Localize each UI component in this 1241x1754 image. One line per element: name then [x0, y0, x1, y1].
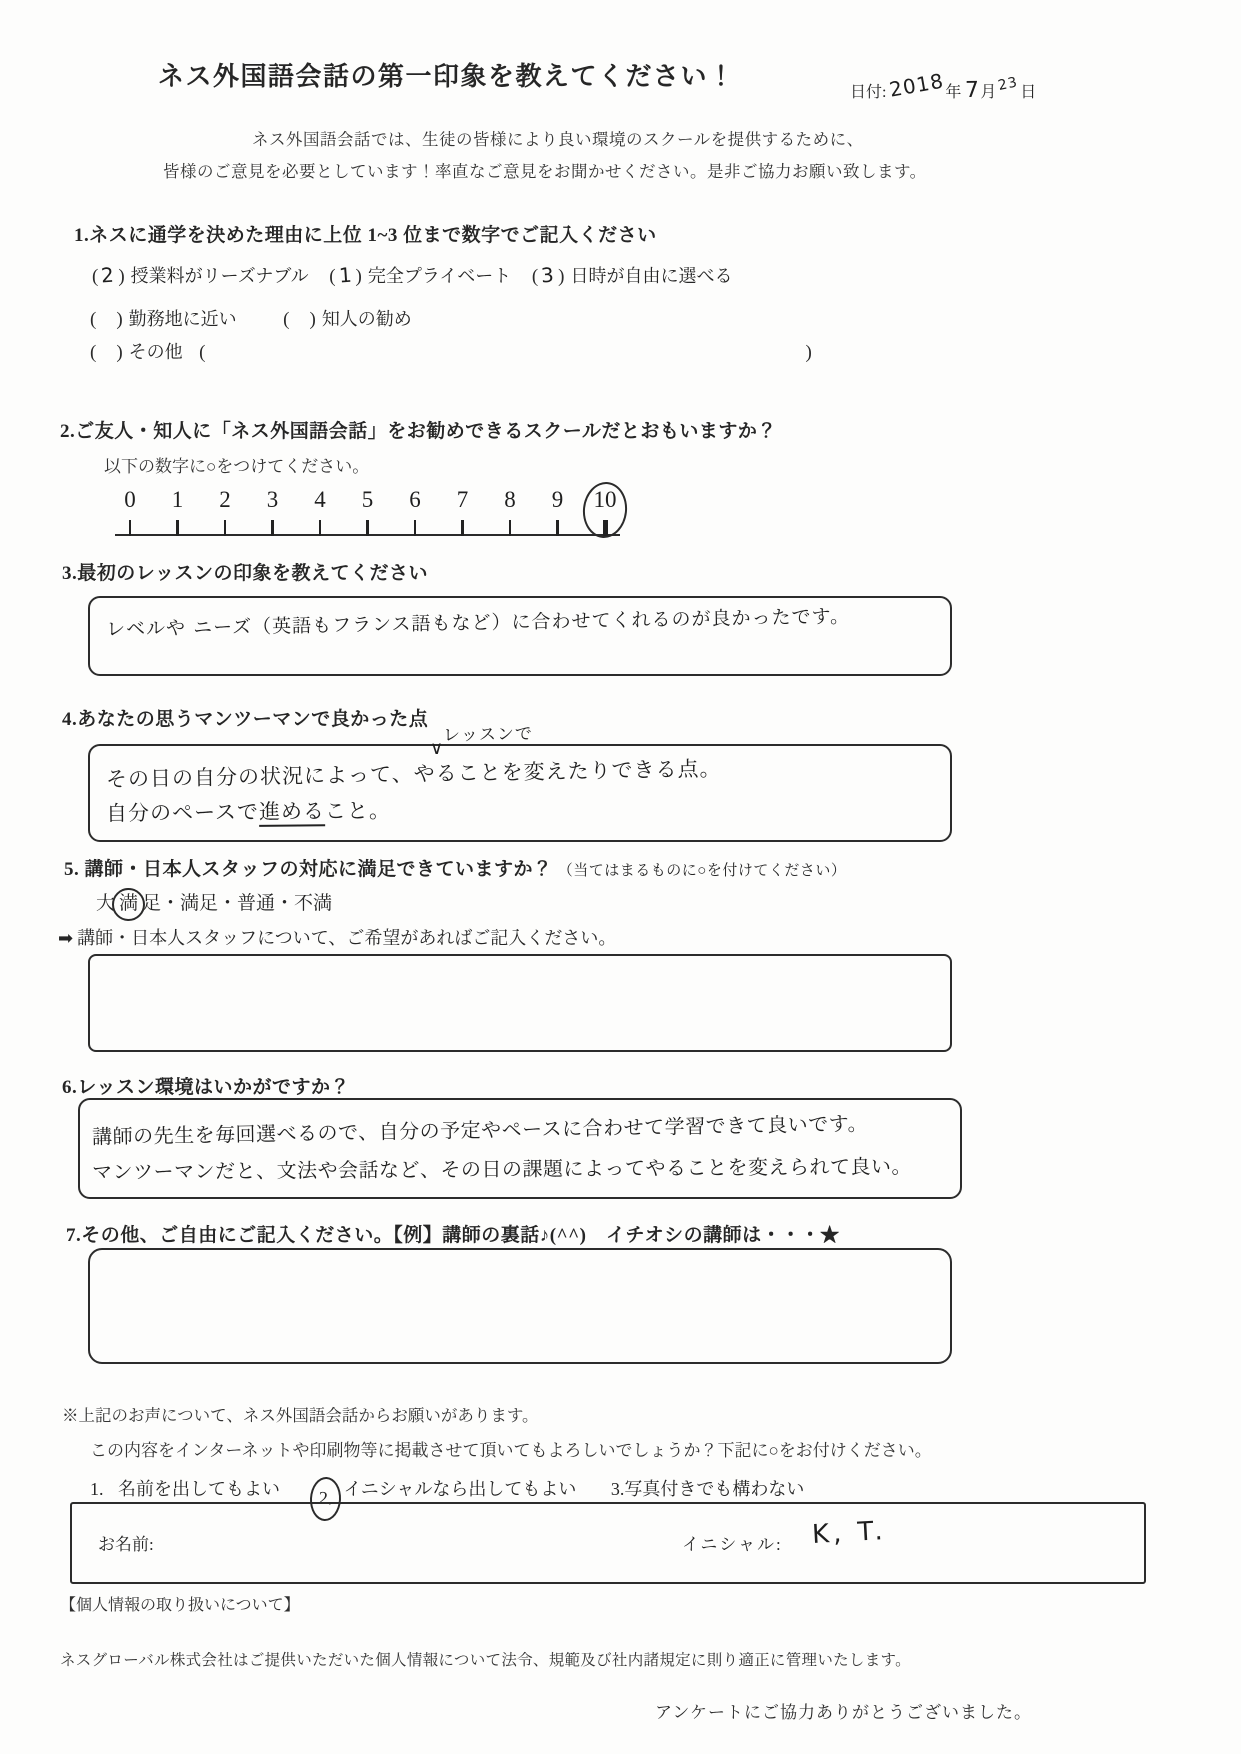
scale-tick [556, 520, 559, 536]
scale-value-5: 5 [353, 487, 383, 536]
page-title: ネス外国語会話の第一印象を教えてください！ [158, 56, 736, 93]
date-day-unit: 日 [1020, 84, 1036, 101]
q1-option-referral: ()知人の勧め [283, 309, 412, 329]
q4-line2-text: 自分のペースで [106, 800, 259, 826]
scale-value-2: 2 [210, 487, 240, 536]
consent-option-1: 1. 名前を出してもよい [90, 1479, 285, 1499]
q1-options-row-1: (2)授業料がリーズナブル (1)完全プライベート (3)日時が自由に選べる [92, 262, 748, 288]
scale-tick [366, 520, 369, 536]
q1-option-schedule: (3)日時が自由に選べる [532, 266, 733, 286]
q1-option-label: 授業料がリーズナブル [131, 266, 309, 286]
paren-close: ) [558, 266, 564, 287]
scale-tick [461, 520, 464, 536]
q1-option-label: 知人の勧め [322, 309, 412, 329]
paren-close: ) [116, 309, 122, 330]
q4-line2-underlined-text: 進める [259, 799, 325, 827]
q1-rank-handwritten: 3 [540, 263, 555, 288]
scale-tick [129, 520, 132, 536]
consent-option-number: 1. [90, 1479, 104, 1499]
scale-value-6: 6 [400, 487, 430, 536]
initial-label: イニシャル: [682, 1530, 783, 1555]
paren-close: ) [309, 309, 315, 330]
consent-option-label: 写真付きでも構わない [624, 1479, 804, 1499]
question-3-title: 3.最初のレッスンの印象を教えてください [62, 558, 428, 585]
consent-option-3: 3.写真付きでも構わない [611, 1479, 805, 1499]
paren-close: ) [116, 342, 122, 363]
q6-answer-box: 講師の先生を毎回選べるので、自分の予定やペースに合わせて学習できて良いです。 マ… [78, 1098, 962, 1199]
q5-option-text: 足・満足・普通・不満 [142, 893, 332, 914]
q4-line2-text: こと。 [325, 799, 391, 824]
survey-page: ネス外国語会話の第一印象を教えてください！ 日付: 2018年 7月 23日 ネ… [0, 0, 1241, 1754]
privacy-text: ネスグローバル株式会社はご提供いただいた個人情報について法令、規範及び社内諸規定… [60, 1648, 911, 1670]
intro-line-1: ネス外国語会話では、生徒の皆様により良い環境のスクールを提供するために、 [252, 126, 864, 150]
q1-options-row-3: ()その他 () [90, 338, 828, 364]
right-arrow-icon: ➡ [58, 928, 73, 949]
privacy-heading: 【個人情報の取り扱いについて】 [60, 1592, 300, 1615]
consent-option-number: 3. [611, 1479, 625, 1499]
consent-note-2: この内容をインターネットや印刷物等に掲載させて頂いてもよろしいでしょうか？下記に… [90, 1436, 932, 1461]
q4-answer-box: その日の自分の状況によって、やることを変えたりできる点。 自分のペースで進めるこ… [88, 744, 952, 842]
question-6-title: 6.レッスン環境はいかがですか？ [62, 1072, 350, 1099]
q5-request-row: ➡講師・日本人スタッフについて、ご希望があればご記入ください。 [58, 924, 616, 950]
scale-tick [224, 520, 227, 536]
date-day-handwritten: 23 [997, 74, 1020, 94]
q1-option-other: ()その他 () [90, 342, 812, 362]
scale-value-3: 3 [258, 487, 288, 536]
scale-value-0: 0 [115, 487, 145, 536]
paren-open: ( [199, 342, 205, 363]
consent-option-2-selected: 2.イニシャルなら出してもよい [307, 1479, 581, 1499]
question-2-title: 2.ご友人・知人に「ネス外国語会話」をお勧めできるスクールだとおもいますか？ [60, 416, 777, 443]
scale-value-7: 7 [448, 487, 478, 536]
q5-circled-selection-mark: 満 [112, 888, 145, 921]
name-initial-box: お名前: イニシャル: K, T. [70, 1502, 1146, 1584]
intro-line-2: 皆様のご意見を必要としています！率直なご意見をお聞かせください。是非ご協力お願い… [163, 158, 927, 182]
q4-handwritten-insertion: レッスンで [443, 719, 533, 746]
consent-option-label: 名前を出してもよい [118, 1479, 280, 1499]
q4-handwritten-line-2: 自分のペースで進めること。 [106, 795, 391, 828]
date-month-unit: 月 [980, 84, 996, 101]
rating-scale-numbers: 0 1 2 3 4 5 6 7 8 9 10 [115, 487, 620, 536]
q5-title-note: （当てはまるものに○を付けてください） [558, 863, 847, 879]
q1-options-row-2: ()勤務地に近い ()知人の勧め [90, 305, 428, 331]
scale-value-10-selected: 10 [590, 487, 620, 536]
date-year-handwritten: 2018 [888, 68, 946, 101]
consent-option-label: イニシャルなら出してもよい [344, 1479, 577, 1499]
date-year-unit: 年 [945, 84, 961, 101]
q7-answer-box [88, 1248, 952, 1364]
q5-request-label: 講師・日本人スタッフについて、ご希望があればご記入ください。 [77, 928, 616, 948]
q1-option-reasonable: (2)授業料がリーズナブル [92, 266, 313, 286]
q4-handwritten-line-1: その日の自分の状況によって、やることを変えたりできる点。 [106, 753, 722, 794]
q1-option-label: 完全プライベート [368, 266, 511, 286]
q6-handwritten-line-1: 講師の先生を毎回選べるので、自分の予定やペースに合わせて学習できて良いです。 [92, 1107, 868, 1150]
question-2-subtitle: 以下の数字に○をつけてください。 [104, 452, 369, 477]
scale-tick [509, 520, 512, 536]
q1-option-label: 日時が自由に選べる [570, 266, 732, 286]
q1-option-label: 勤務地に近い [129, 309, 237, 329]
q1-rank-handwritten: 2 [101, 263, 116, 288]
scale-tick [319, 520, 322, 536]
q3-handwritten-answer: レベルや ニーズ（英語もフランス語もなど）に合わせてくれるのが良かったです。 [106, 602, 850, 642]
date-label: 日付: [850, 84, 886, 101]
paren-close: ) [805, 342, 811, 363]
q6-handwritten-line-2: マンツーマンだと、文法や会話など、その日の課題によってやることを変えられて良い。 [92, 1150, 912, 1185]
paren-close: ) [356, 266, 362, 287]
q5-answer-box [88, 954, 952, 1052]
q1-rank-handwritten: 1 [338, 263, 353, 288]
q1-option-private: (1)完全プライベート [329, 266, 516, 286]
initial-handwritten-value: K, T. [811, 1516, 887, 1550]
thanks-message: アンケートにご協力ありがとうございました。 [655, 1698, 1032, 1723]
scale-value-8: 8 [495, 487, 525, 536]
scale-tick [271, 520, 274, 536]
name-label: お名前: [98, 1530, 154, 1555]
scale-tick [176, 520, 179, 536]
question-7-title: 7.その他、ご自由にご記入ください。【例】講師の裏話♪(^^) イチオシの講師は… [66, 1220, 840, 1247]
question-4-title: 4.あなたの思うマンツーマンで良かった点 [62, 704, 428, 731]
q4-insertion-caret-mark: ∨ [430, 738, 445, 759]
scale-value-1: 1 [163, 487, 193, 536]
q1-option-location: ()勤務地に近い [90, 309, 241, 329]
paren-close: ) [118, 266, 124, 287]
scale-tick [414, 520, 417, 536]
date-month-handwritten: 7 [965, 78, 980, 103]
q5-title-text: 5. 講師・日本人スタッフの対応に満足できていますか？ [64, 859, 553, 880]
question-1-title: 1.ネスに通学を決めた理由に上位 1~3 位まで数字でご記入ください [74, 220, 657, 247]
q3-answer-box: レベルや ニーズ（英語もフランス語もなど）に合わせてくれるのが良かったです。 [88, 596, 952, 676]
question-5-title: 5. 講師・日本人スタッフの対応に満足できていますか？ （当てはまるものに○を付… [64, 854, 846, 881]
date-field: 日付: 2018年 7月 23日 [850, 78, 1036, 103]
scale-value-4: 4 [305, 487, 335, 536]
q5-satisfaction-options: 大満足・満足・普通・不満 [96, 888, 332, 921]
q1-option-label: その他 [129, 342, 183, 362]
consent-note-1: ※上記のお声について、ネス外国語会話からお願いがあります。 [62, 1402, 539, 1426]
scale-value-9: 9 [543, 487, 573, 536]
rating-scale: 0 1 2 3 4 5 6 7 8 9 10 [115, 487, 620, 536]
